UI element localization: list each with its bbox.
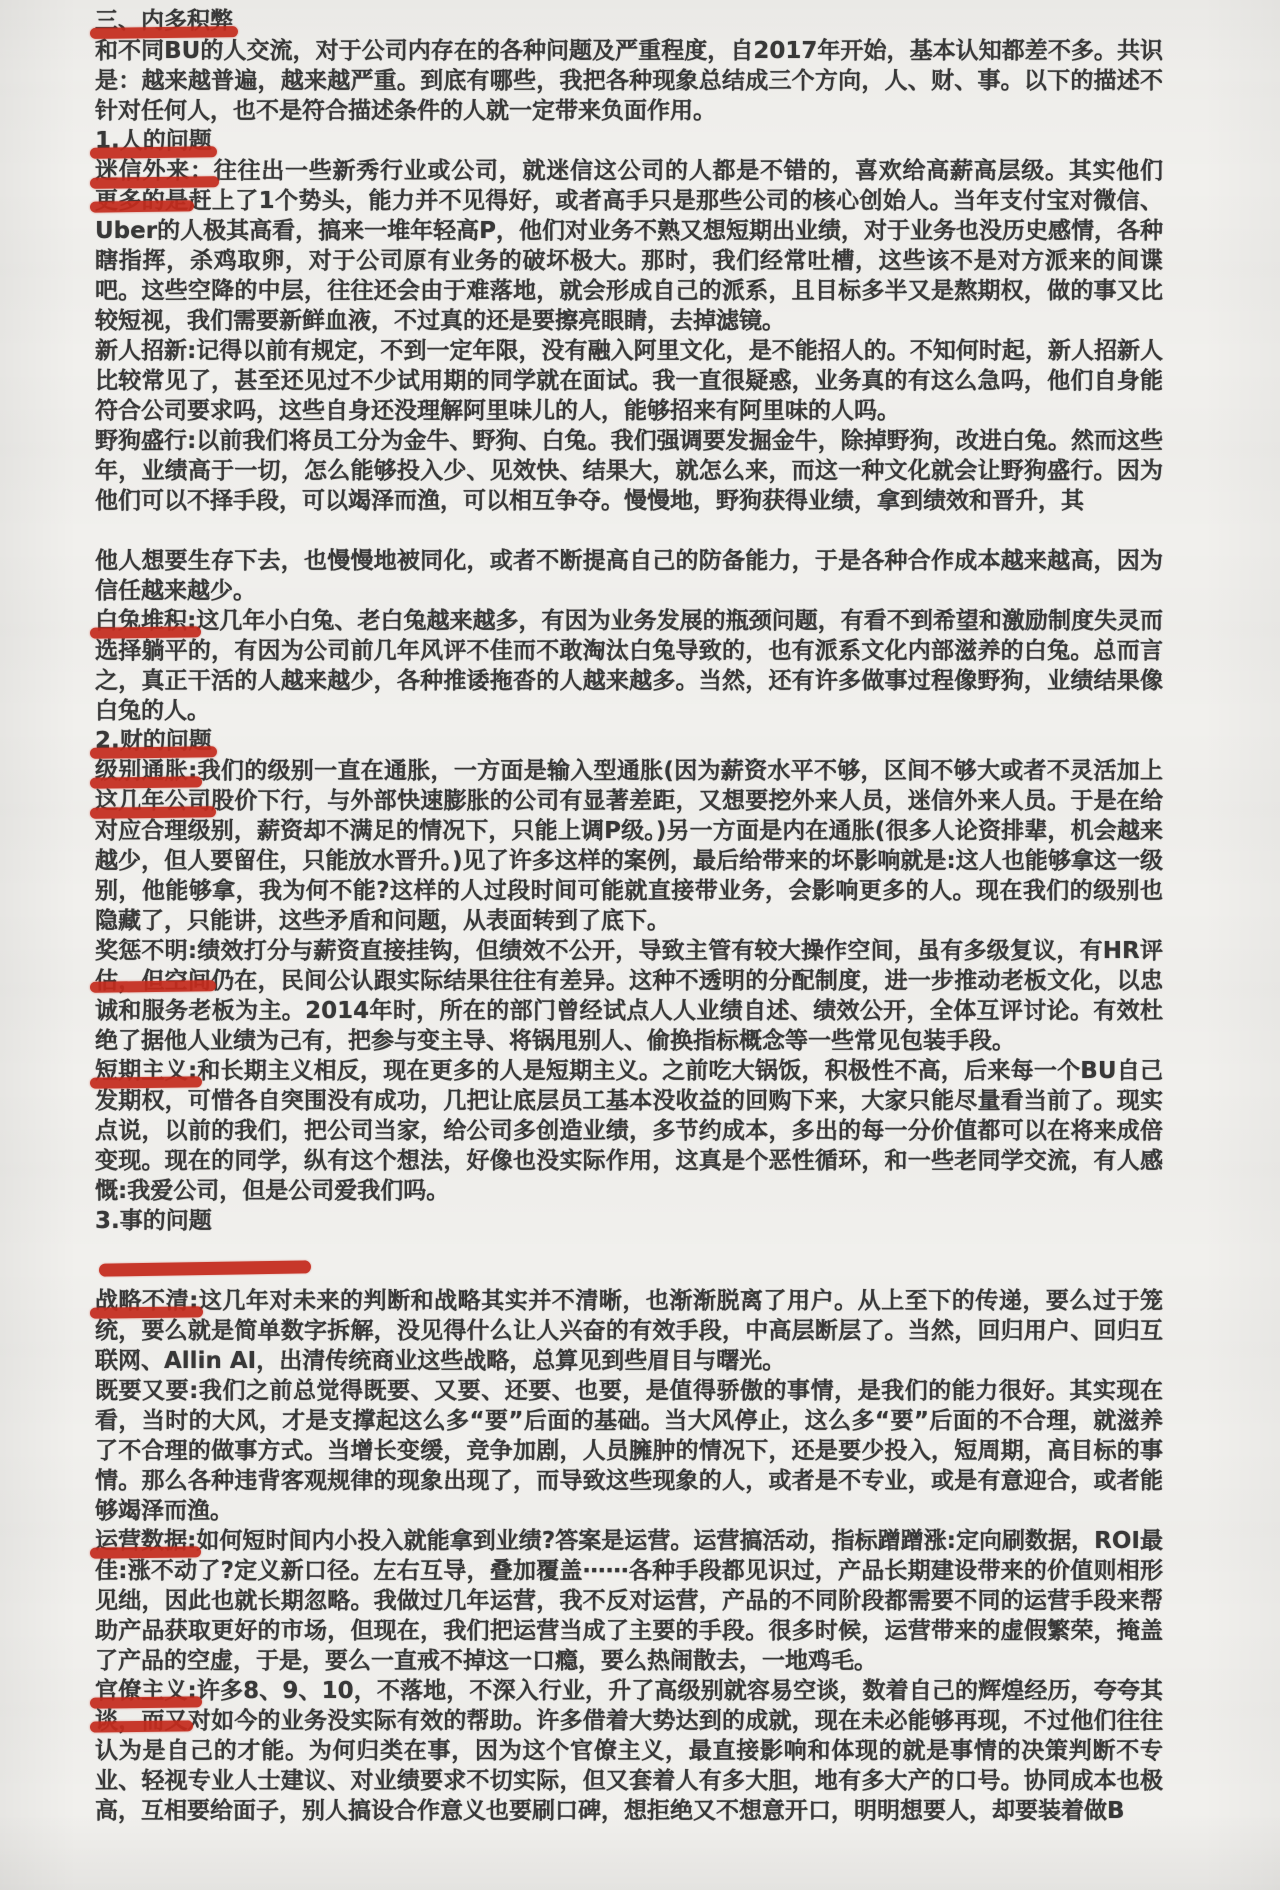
section-heading: 1.人的问题 — [95, 126, 1163, 156]
paragraph: 新人招新:记得以前有规定，不到一定年限，没有融入阿里文化，是不能招人的。不知何时… — [95, 336, 1163, 426]
document-body: 三、内多积弊和不同BU的人交流，对于公司内存在的各种问题及严重程度，自2017年… — [95, 6, 1163, 1826]
paragraph: 官僚主义:许多8、9、10，不落地，不深入行业，升了高级别就容易空谈，数着自己的… — [95, 1676, 1163, 1826]
paragraph: 既要又要:我们之前总觉得既要、又要、还要、也要，是值得骄傲的事情，是我们的能力很… — [95, 1376, 1163, 1526]
text-segment: 这几年小白兔、老白兔越来越多，有因为业务发展的瓶颈问题，有看不到希望和激励制度失… — [95, 608, 1163, 724]
blank-line — [95, 516, 1163, 546]
red-marker-highlight: 级别通胀: — [95, 758, 197, 784]
text-segment: 新人招新:记得以前有规定，不到一定年限，没有融入阿里文化，是不能招人的。不知何时… — [95, 338, 1163, 424]
text-segment: 许多8、9、10，不落地，不深入行业，升了高级别就容易空谈，数着自己的辉煌经历，… — [197, 1678, 1163, 1704]
text-segment: 对如今的业务没实际有效的帮助。许多借着大势达到的成就，现在未必能够再现，不过他们… — [95, 1708, 1163, 1824]
red-marker-highlight: 短期主义: — [95, 1058, 197, 1084]
paragraph: 运营数据:如何短时间内小投入就能拿到业绩?答案是运营。运营搞活动，指标蹭蹭涨:定… — [95, 1526, 1163, 1676]
red-marker-bar — [99, 1260, 311, 1276]
red-marker-highlight: 官僚主义: — [95, 1678, 197, 1704]
red-marker-highlight: 白兔堆积: — [95, 608, 196, 634]
text-segment: 和长期主义相反，现在更多的人是短期主义。之前吃大锅饭，积极性不高，后来每一个BU… — [95, 1058, 1163, 1204]
text-segment: 这几年对未来的判断和战略其实并不清晰，也渐渐脱离了用户。从上至下的传递，要么过于… — [95, 1288, 1163, 1374]
paragraph: 短期主义:和长期主义相反，现在更多的人是短期主义。之前吃大锅饭，积极性不高，后来… — [95, 1056, 1163, 1206]
red-marker-highlight: 这几年公司 — [95, 788, 211, 814]
red-marker-highlight: 估，但空间 — [95, 968, 211, 994]
text-segment: 我们的级别一直在通胀，一方面是输入型通胀(因为薪资水平不够，区间不够大或者不灵活… — [197, 758, 1163, 784]
text-segment: 仍在，民间公认跟实际结果往往有差异。这种不透明的分配制度，进一步推动老板文化，以… — [95, 968, 1163, 1054]
text-segment: 奖惩不明:绩效打分与薪资直接挂钩，但绩效不公开，导致主管有较大操作空间，虽有多级… — [95, 938, 1163, 964]
paragraph: 级别通胀:我们的级别一直在通胀，一方面是输入型通胀(因为薪资水平不够，区间不够大… — [95, 756, 1163, 936]
paragraph: 野狗盛行:以前我们将员工分为金牛、野狗、白兔。我们强调要发掘金牛，除掉野狗，改进… — [95, 426, 1163, 516]
section-heading: 2.财的问题 — [95, 726, 1163, 756]
paragraph: 战略不清:这几年对未来的判断和战略其实并不清晰，也渐渐脱离了用户。从上至下的传递… — [95, 1286, 1163, 1376]
red-marker-highlight: 谈，而又 — [95, 1708, 188, 1734]
red-marker-highlight: 更多的是 — [95, 188, 189, 214]
red-marker-highlight: 战略不清: — [95, 1288, 198, 1314]
red-marker-highlight: 2.财的问题 — [95, 728, 212, 754]
section-heading: 3.事的问题 — [95, 1206, 1163, 1236]
red-marker-highlight: 三、内多积弊 — [95, 8, 233, 34]
paragraph: 奖惩不明:绩效打分与薪资直接挂钩，但绩效不公开，导致主管有较大操作空间，虽有多级… — [95, 936, 1163, 1056]
paragraph: 和不同BU的人交流，对于公司内存在的各种问题及严重程度，自2017年开始，基本认… — [95, 36, 1163, 126]
paragraph: 他人想要生存下去，也慢慢地被同化，或者不断提高自己的防备能力，于是各种合作成本越… — [95, 546, 1163, 606]
text-segment: 如何短时间内小投入就能拿到业绩?答案是运营。运营搞活动，指标蹭蹭涨:定向刷数据，… — [95, 1528, 1163, 1674]
paragraph: 迷信外来：往往出一些新秀行业或公司，就迷信这公司的人都是不错的，喜欢给高薪高层级… — [95, 156, 1163, 336]
document-title: 三、内多积弊 — [95, 6, 1163, 36]
text-segment: 赶上了1个势头，能力并不见得好，或者高手只是那些公司的核心创始人。当年支付宝对微… — [95, 188, 1163, 334]
text-segment: 既要又要:我们之前总觉得既要、又要、还要、也要，是值得骄傲的事情，是我们的能力很… — [95, 1378, 1163, 1524]
text-segment: 他人想要生存下去，也慢慢地被同化，或者不断提高自己的防备能力，于是各种合作成本越… — [95, 548, 1163, 604]
text-segment: 和不同BU的人交流，对于公司内存在的各种问题及严重程度，自2017年开始，基本认… — [95, 38, 1163, 124]
document-photo: 三、内多积弊和不同BU的人交流，对于公司内存在的各种问题及严重程度，自2017年… — [0, 0, 1280, 1890]
blank-line — [95, 1236, 1163, 1250]
red-marker-highlight: 迷信外来： — [95, 158, 214, 184]
red-marker-highlight: 1.人的问题 — [95, 128, 212, 154]
text-segment: 3.事的问题 — [95, 1208, 212, 1234]
paragraph: 白兔堆积:这几年小白兔、老白兔越来越多，有因为业务发展的瓶颈问题，有看不到希望和… — [95, 606, 1163, 726]
text-segment: 野狗盛行:以前我们将员工分为金牛、野狗、白兔。我们强调要发掘金牛，除掉野狗，改进… — [95, 428, 1163, 514]
text-segment: 往往出一些新秀行业或公司，就迷信这公司的人都是不错的，喜欢给高薪高层级。其实他们 — [214, 158, 1163, 184]
red-marker-highlight: 运营数据: — [95, 1528, 196, 1554]
text-segment: 股价下行，与外部快速膨胀的公司有显著差距，又想要挖外来人员，迷信外来人员。于是在… — [95, 788, 1163, 934]
